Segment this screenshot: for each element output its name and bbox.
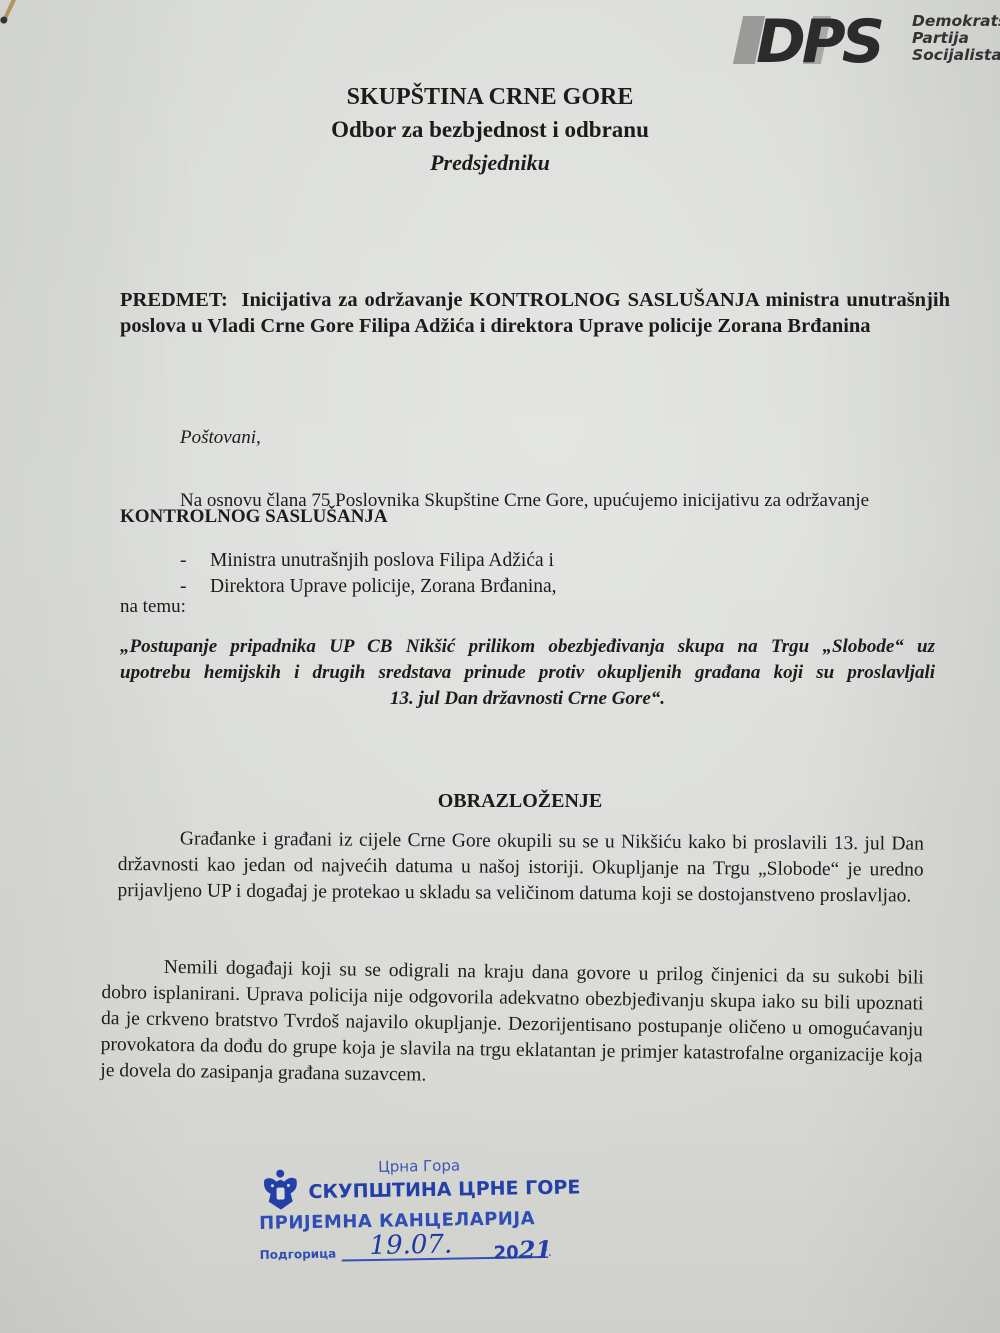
subject-text: Inicijativa za održavanje KONTROLNOG SAS… — [120, 289, 950, 337]
subject-label: PREDMET: — [120, 289, 228, 311]
stamp-date: 19.07. — [369, 1230, 452, 1261]
pin — [2, 0, 17, 22]
topic: „Postupanje pripadnika UP CB Nikšić pril… — [120, 634, 935, 712]
party-logo: DPS Demokratska Partija Socijalista — [738, 8, 1000, 68]
coat-of-arms-icon — [258, 1167, 303, 1212]
logo-mark: DPS — [738, 11, 908, 66]
stamp-country: Црна Гора — [378, 1156, 460, 1175]
reasoning-paragraph: Nemili događaji koji su se odigrali na k… — [100, 954, 924, 1095]
persons-list: - Ministra unutrašnjih poslova Filipa Ad… — [180, 548, 557, 600]
logo-letters: DPS — [756, 7, 881, 77]
list-item: - Ministra unutrašnjih poslova Filipa Ad… — [180, 548, 557, 574]
subject: PREDMET: Inicijativa za održavanje KONTR… — [120, 287, 950, 339]
institution-heading: SKUPŠTINA CRNE GORE — [0, 84, 990, 111]
greeting: Poštovani, — [180, 427, 261, 449]
reasoning-title: OBRAZLOŽENJE — [0, 790, 1000, 813]
addressee-heading: Predsjedniku — [0, 150, 990, 176]
intro-bold: KONTROLNOG SASLUŠANJA — [120, 506, 388, 528]
reasoning-paragraph: Građanke i građani iz cijele Crne Gore o… — [117, 826, 924, 910]
topic-label: na temu: — [120, 596, 186, 618]
stamp-institution: СКУПШТИНА ЦРНЕ ГОРЕ — [308, 1176, 580, 1203]
stamp-city: Подгорица — [260, 1247, 337, 1262]
logo-text: Demokratska Partija Socijalista — [912, 13, 1000, 64]
committee-heading: Odbor za bezbjednost i odbranu — [0, 117, 990, 143]
stamp-year-suffix: г. — [542, 1245, 552, 1259]
list-item: - Direktora Uprave policije, Zorana Brđa… — [180, 574, 557, 600]
